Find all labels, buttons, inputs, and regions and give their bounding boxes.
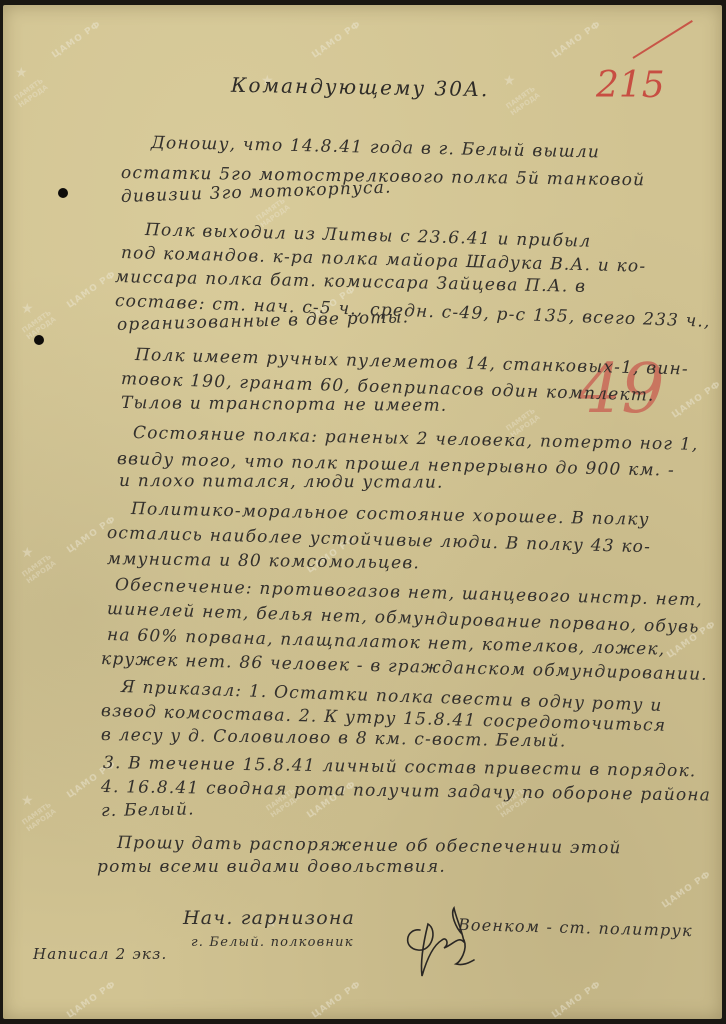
body-line: 3. В течение 15.8.41 личный состав приве… [103, 753, 697, 781]
document-page: ЦАМО РФ ЦАМО РФ ЦАМО РФ ЦАМО РФ ЦАМО РФ … [3, 5, 722, 1019]
body-line: Прошу дать распоряжение об обеспечении э… [117, 833, 622, 858]
body-line: и плохо питался, люди устали. [119, 471, 444, 493]
watermark-star-icon: ★ [21, 793, 34, 809]
binding-hole-middle [34, 335, 44, 345]
binding-hole-top [58, 188, 68, 198]
written-by-note: Написал 2 экз. [33, 945, 167, 963]
archive-watermark: ЦАМО РФ [310, 979, 363, 1020]
document-addressee: Командующему 30А. [231, 73, 490, 102]
watermark-star-icon: ★ [503, 73, 516, 89]
handwritten-signature-icon [398, 900, 478, 980]
body-line: роты всеми видами довольствия. [97, 857, 446, 877]
page-number-underline [632, 20, 692, 59]
signature-title-commander: Нач. гарнизона [183, 907, 355, 929]
signature-title-commander-rank: г. Белый. полковник [191, 935, 354, 950]
archive-watermark: ЦАМО РФ [65, 269, 118, 310]
archive-page-number: 215 [596, 65, 665, 106]
archive-watermark-secondary: ПАМЯТЬ НАРОДА [10, 75, 52, 111]
body-line: ммуниста и 80 комсомольцев. [107, 549, 420, 573]
body-line: Доношу, что 14.8.41 года в г. Белый вышл… [151, 133, 600, 162]
archive-watermark: ЦАМО РФ [550, 19, 603, 60]
archive-watermark: ЦАМО РФ [50, 19, 103, 60]
archive-watermark: ЦАМО РФ [310, 19, 363, 60]
archive-watermark: ЦАМО РФ [660, 869, 713, 910]
archive-watermark: ЦАМО РФ [550, 979, 603, 1020]
watermark-star-icon: ★ [15, 65, 28, 81]
body-line: Тылов и транспорта не имеет. [121, 393, 448, 416]
watermark-star-icon: ★ [21, 301, 34, 317]
signature-title-commissar: Военком - ст. политрук [458, 915, 693, 940]
body-line: г. Белый. [101, 799, 195, 821]
archive-watermark: ЦАМО РФ [670, 379, 723, 420]
archive-watermark-secondary: ПАМЯТЬ НАРОДА [18, 799, 60, 835]
archive-watermark: ЦАМО РФ [65, 979, 118, 1020]
archive-watermark-secondary: ПАМЯТЬ НАРОДА [502, 83, 544, 119]
archive-watermark-secondary: ПАМЯТЬ НАРОДА [18, 551, 60, 587]
watermark-star-icon: ★ [21, 545, 34, 561]
